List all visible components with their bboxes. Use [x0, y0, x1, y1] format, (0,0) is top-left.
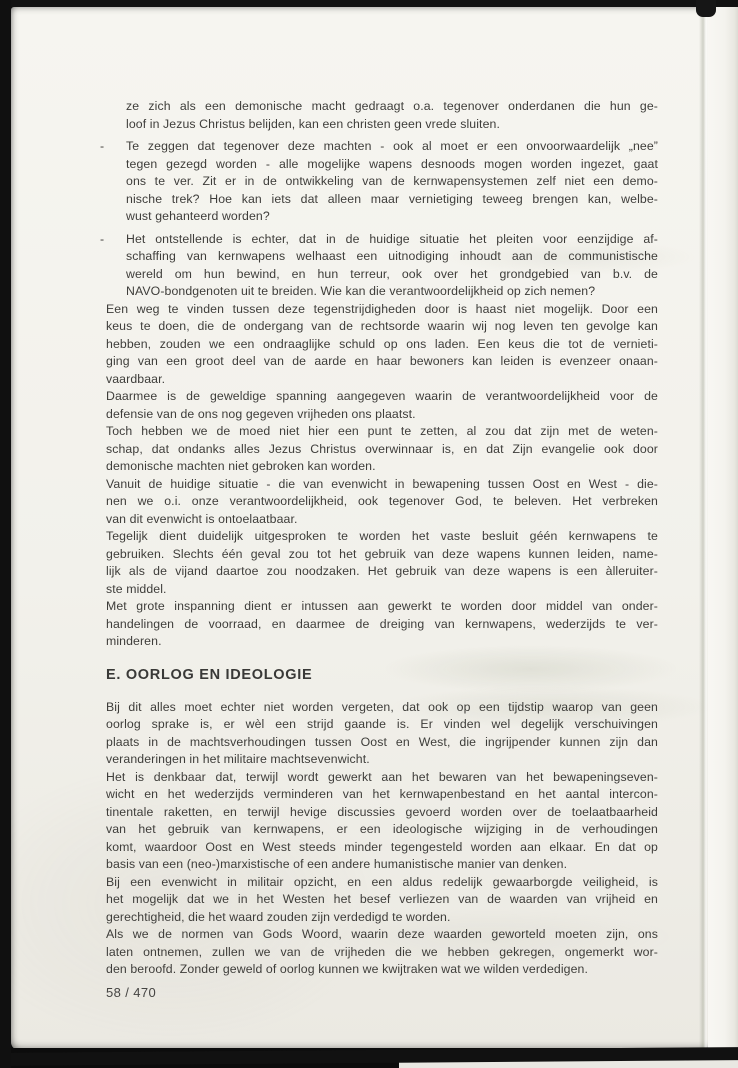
text-line: defensie van de ons nog gegeven vrijhede… [106, 406, 658, 424]
page-body: ze zich als een demonische macht gedraag… [106, 98, 658, 979]
text-line: gebruiken. Slechts één geval zou tot het… [106, 546, 658, 564]
bullet-item: -Te zeggen dat tegenover deze machten - … [106, 138, 658, 226]
text-line: NAVO-bondgenoten uit te breiden. Wie kan… [126, 283, 658, 301]
text-line: basis van een (neo-)marxistische of een … [106, 856, 658, 874]
text-line: handelingen de voorraad, en daarmee de d… [106, 616, 658, 634]
text-line: Het is denkbaar dat, terwijl wordt gewer… [106, 769, 658, 787]
page-number: 58 / 470 [106, 985, 156, 1000]
page-right-edge [708, 7, 738, 1050]
bullet-dash-icon: - [100, 138, 104, 156]
text-line: tinentale raketten, en terwijl hevige di… [106, 804, 658, 822]
paragraph: Met grote inspanning dient er intussen a… [106, 598, 658, 651]
text-line: Als we de normen van Gods Woord, waarin … [106, 926, 658, 944]
bullet-item: -Het ontstellende is echter, dat in de h… [106, 231, 658, 301]
text-line: ste middel. [106, 581, 658, 599]
paragraph: Daarmee is de geweldige spanning aangege… [106, 388, 658, 423]
text-line: Bij een evenwicht in militair opzicht, e… [106, 874, 658, 892]
text-line: Een weg te vinden tussen deze tegenstrij… [106, 301, 658, 319]
paragraph: Een weg te vinden tussen deze tegenstrij… [106, 301, 658, 389]
text-line: veranderingen in het militaire machtseve… [106, 751, 658, 769]
paragraph: Toch hebben we de moed niet hier een pun… [106, 423, 658, 476]
text-line: hebben, zouden we een ondraaglijke schul… [106, 336, 658, 354]
book-edge-top [0, 0, 738, 7]
text-line: keus te doen, die de ondergang van de re… [106, 318, 658, 336]
paragraph: Bij dit alles moet echter niet worden ve… [106, 699, 658, 769]
text-line: ging van een groot deel van de aarde en … [106, 353, 658, 371]
text-line: komt, waardoor Oost en West steeds minde… [106, 839, 658, 857]
paragraph: Bij een evenwicht in militair opzicht, e… [106, 874, 658, 927]
text-line: schaffing van kernwapens welhaast een ui… [126, 248, 658, 266]
paragraph: Als we de normen van Gods Woord, waarin … [106, 926, 658, 979]
book-scan: ze zich als een demonische macht gedraag… [0, 0, 738, 1068]
text-line: nische trek? Hoe kan iets dat alleen maa… [126, 191, 658, 209]
text-line: Met grote inspanning dient er intussen a… [106, 598, 658, 616]
text-line: plaats in de machtsverhoudingen tussen O… [106, 734, 658, 752]
bullet-dash-icon: - [100, 231, 104, 249]
text-line: van dit evenwicht is ontoelaatbaar. [106, 511, 658, 529]
book-edge-left [0, 0, 11, 1068]
text-line: demonische machten niet gebroken kan wor… [106, 458, 658, 476]
text-line: van het gebruik van kernwapens, er een i… [106, 821, 658, 839]
text-line: ze zich als een demonische macht gedraag… [126, 98, 658, 116]
text-line: Daarmee is de geweldige spanning aangege… [106, 388, 658, 406]
text-line: ons te ver. Zit er in de ontwikkeling va… [126, 173, 658, 191]
paragraph: Vanuit de huidige situatie - die van eve… [106, 476, 658, 529]
text-line: Vanuit de huidige situatie - die van eve… [106, 476, 658, 494]
text-line: Bij dit alles moet echter niet worden ve… [106, 699, 658, 717]
text-line: het mogelijk dat we in het Westen het be… [106, 891, 658, 909]
text-line: nen we o.i. onze verantwoordelijkheid, o… [106, 493, 658, 511]
text-line: den beroofd. Zonder geweld of oorlog kun… [106, 961, 658, 979]
section-heading: E. OORLOG EN IDEOLOGIE [106, 666, 658, 684]
text-line: tegen gezegd worden - alle mogelijke wap… [126, 156, 658, 174]
text-line: minderen. [106, 633, 658, 651]
text-line: schap, dat ondanks alles Jezus Christus … [106, 441, 658, 459]
text-line: loof in Jezus Christus belijden, kan een… [126, 116, 658, 134]
text-line: lijk als de vijand daartoe zou noodzaken… [106, 563, 658, 581]
text-line: laten ontnemen, zullen we van de vrijhed… [106, 944, 658, 962]
text-line: Te zeggen dat tegenover deze machten - o… [126, 138, 658, 156]
paragraph: Het is denkbaar dat, terwijl wordt gewer… [106, 769, 658, 874]
text-line: wicht en het wederzijds verminderen van … [106, 786, 658, 804]
text-line: Toch hebben we de moed niet hier een pun… [106, 423, 658, 441]
text-line: gerechtigheid, die het waard zouden zijn… [106, 909, 658, 927]
text-line: wust gehanteerd worden? [126, 208, 658, 226]
book-edge-corner [696, 0, 716, 17]
text-line: Het ontstellende is echter, dat in de hu… [126, 231, 658, 249]
paragraph: Tegelijk dient duidelijk uitgesproken te… [106, 528, 658, 598]
paragraph: ze zich als een demonische macht gedraag… [106, 98, 658, 133]
text-line: vaardbaar. [106, 371, 658, 389]
text-line: Tegelijk dient duidelijk uitgesproken te… [106, 528, 658, 546]
book-edge-bottom [0, 1048, 738, 1068]
text-line: oorlog sprake is, er wèl een strijd gaan… [106, 716, 658, 734]
text-line: wereld om hun bewind, en hun terreur, oo… [126, 266, 658, 284]
page-fold-line [699, 7, 708, 1050]
